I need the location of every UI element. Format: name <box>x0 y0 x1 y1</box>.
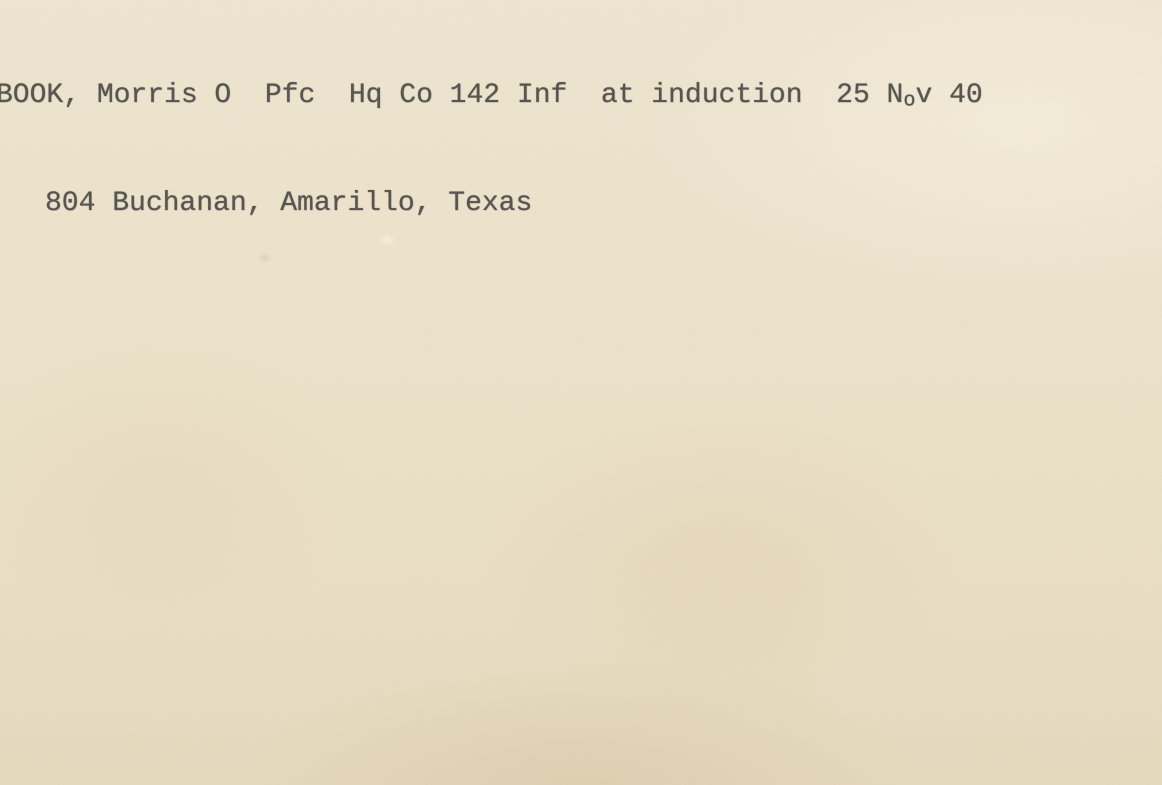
typewritten-text: BOOK, Morris O Pfc Hq Co 142 Inf at indu… <box>0 6 983 294</box>
line1-subscript-o: o <box>903 84 915 120</box>
line1-prefix: BOOK, Morris O Pfc Hq Co 142 Inf at indu… <box>0 80 903 111</box>
line1-suffix: v 40 <box>915 80 982 111</box>
scanned-card: BOOK, Morris O Pfc Hq Co 142 Inf at indu… <box>0 0 1162 785</box>
card-line-2: 804 Buchanan, Amarillo, Texas <box>0 186 983 222</box>
card-line-1: BOOK, Morris O Pfc Hq Co 142 Inf at indu… <box>0 78 983 114</box>
